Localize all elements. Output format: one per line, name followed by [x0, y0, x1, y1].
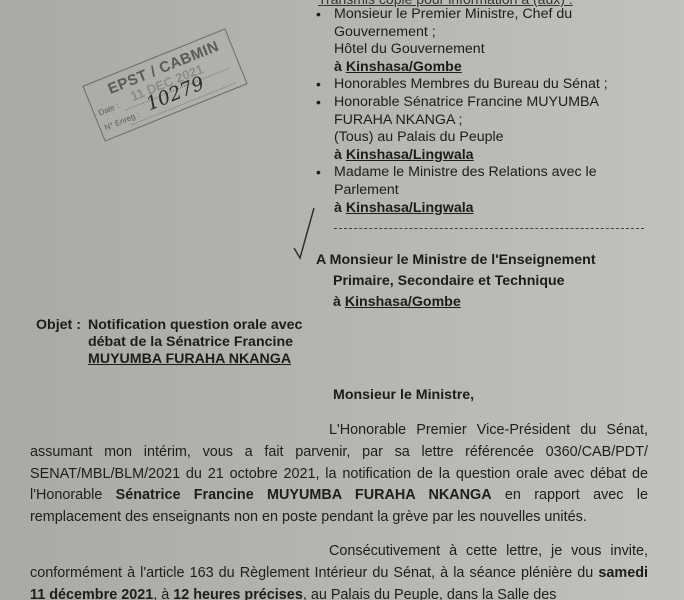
- separator-dashed-line: [334, 228, 644, 229]
- subject-label: Objet :: [36, 317, 88, 368]
- reception-stamp: EPST / CABMIN Date : 11 DEC 2021 N° Enre…: [82, 28, 247, 141]
- recipient-address: A Monsieur le Ministre de l'Enseignement…: [316, 250, 596, 313]
- bullet-icon: •: [316, 94, 321, 112]
- copy-item-minister-parliament: • Madame le Ministre des Relations avec …: [316, 164, 676, 217]
- stamp-date-label: Date :: [97, 101, 120, 117]
- copy-recipients-list: • Monsieur le Premier Ministre, Chef du …: [316, 6, 676, 217]
- salutation: Monsieur le Ministre,: [333, 387, 474, 403]
- body-paragraph-2: Consécutivement à cette lettre, je vous …: [30, 541, 648, 600]
- copy-item-prime-minister: • Monsieur le Premier Ministre, Chef du …: [316, 6, 676, 76]
- location: à Kinshasa/Lingwala: [334, 200, 676, 218]
- subject-text: Notification question orale avec débat d…: [88, 317, 302, 368]
- copy-item-senate-bureau: • Honorables Membres du Bureau du Sénat …: [316, 76, 676, 94]
- body-paragraph-1: L'Honorable Premier Vice-Président du Sé…: [30, 420, 648, 529]
- location: à Kinshasa/Gombe: [316, 292, 596, 313]
- location: à Kinshasa/Lingwala: [334, 147, 676, 165]
- letter-page: Transmis copie pour information à (aux) …: [0, 0, 684, 600]
- location: à Kinshasa/Gombe: [334, 59, 676, 77]
- subject-block: Objet : Notification question orale avec…: [36, 317, 302, 368]
- bullet-icon: •: [316, 6, 321, 24]
- bullet-icon: •: [316, 164, 321, 182]
- bullet-icon: •: [316, 76, 321, 94]
- copy-item-senator: • Honorable Sénatrice Francine MUYUMBA F…: [316, 94, 676, 164]
